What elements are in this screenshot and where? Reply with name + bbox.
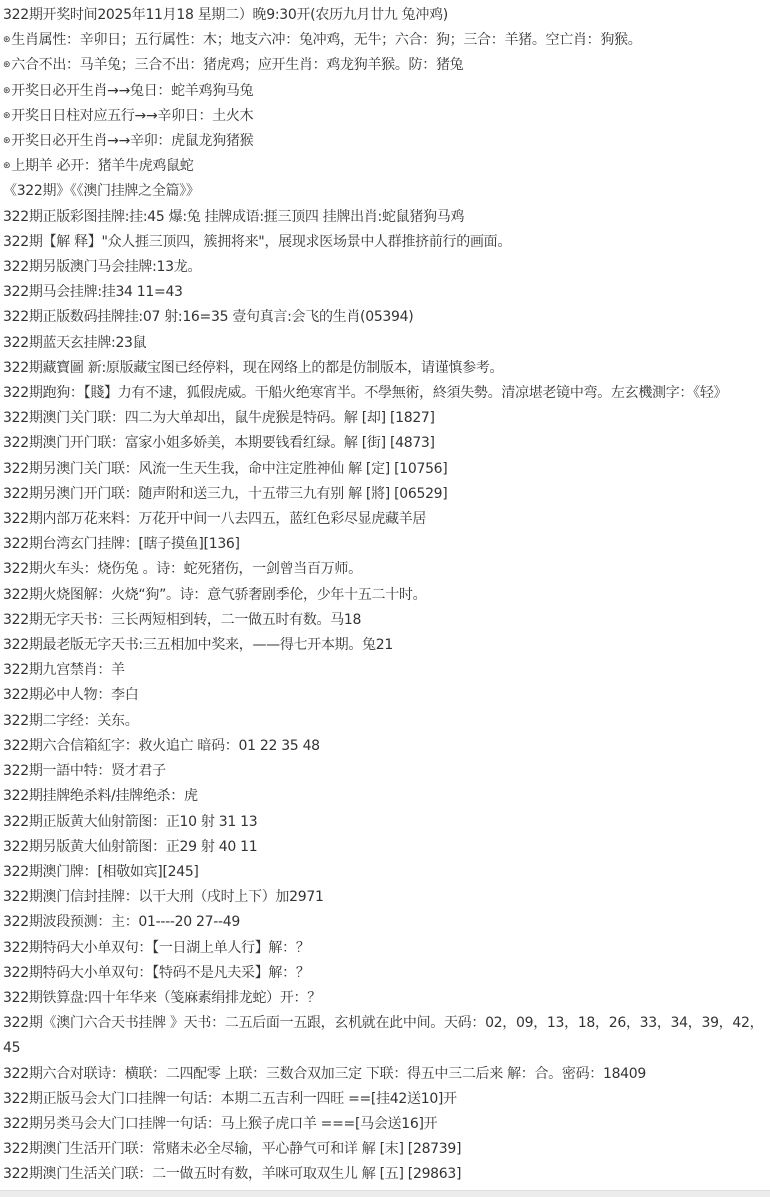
attribute-line: ⊛开奖日必开生肖→→辛卯：虎鼠龙狗猪猴 — [3, 129, 770, 154]
entry-line: 322期跑狗：【賤】力有不逮，狐假虎威。干船火绝寒宵半。不學無術，終須失勢。清凉… — [3, 381, 770, 406]
entry-line: 322期另澳门关门联：风流一生天生我，命中注定胜神仙 解 [定] [10756] — [3, 457, 770, 482]
entry-line: 322期澳门生活关门联：二一做五时有数，羊咪可取双生儿 解 [五] [29863… — [3, 1162, 770, 1187]
entry-line: 322期内部万花来料：万花开中间一八去四五，蓝红色彩尽显虎藏羊居 — [3, 507, 770, 532]
bullet-icon: ⊛ — [3, 35, 10, 45]
attribute-line: ⊛六合不出：马羊兔；三合不出：猪虎鸡；应开生肖：鸡龙狗羊猴。防：猪兔 — [3, 53, 770, 78]
entry-line: 322期澳门开门联：富家小姐多娇美，本期要钱看红绿。解 [街] [4873] — [3, 431, 770, 456]
entry-line: 322期正版数码挂牌挂:07 射:16=35 壹句真言:会飞的生肖(05394) — [3, 305, 770, 330]
attribute-line: ⊛上期羊 必开：猪羊牛虎鸡鼠蛇 — [3, 154, 770, 179]
entry-line: 322期正版彩图挂牌:挂:45 爆:兔 挂牌成语:捱三顶四 挂牌出肖:蛇鼠猪狗马… — [3, 205, 770, 230]
entry-line: 322期六合对联诗：横联：二四配零 上联：三数合双加三定 下联：得五中三二后来 … — [3, 1062, 770, 1087]
entry-line: 322期另版黄大仙射箭图：正29 射 40 11 — [3, 835, 770, 860]
entry-line: 322期澳门信封挂牌：以干大刑（戌时上下）加2971 — [3, 885, 770, 910]
entry-line: 322期二字经：关东。 — [3, 709, 770, 734]
entry-line: 322期马会挂牌:挂34 11=43 — [3, 280, 770, 305]
entry-line: 322期【解 释】"众人捱三顶四，簇拥将来"，展现求医场景中人群推挤前行的画面。 — [3, 230, 770, 255]
entry-line: 322期正版黄大仙射箭图：正10 射 31 13 — [3, 810, 770, 835]
entry-line: 322期六合信箱紅字：救火追亡 暗码：01 22 35 48 — [3, 734, 770, 759]
entry-line: 322期藏寶圖 新:原版藏宝图已经停料，现在网络上的都是仿制版本，请谨慎参考。 — [3, 356, 770, 381]
entry-line: 322期澳门牌：[相敬如宾][245] — [3, 860, 770, 885]
section-title: 《322期》《《澳门挂牌之全篇》》 — [3, 179, 770, 204]
entry-line: 322期一語中特：贤才君子 — [3, 759, 770, 784]
attribute-line: ⊛开奖日必开生肖→→兔日：蛇羊鸡狗马兔 — [3, 79, 770, 104]
entry-line: 322期正版马会大门口挂牌一句话：本期二五吉利一四旺 ==[挂42送10]开 — [3, 1087, 770, 1112]
entry-line: 322期另类马会大门口挂牌一句话：马上猴子虎口羊 ===[马会送16]开 — [3, 1112, 770, 1137]
entry-line: 322期澳门生活开门联：常赌未必全尽输，平心静气可和详 解 [末] [28739… — [3, 1137, 770, 1162]
bullet-icon: ⊛ — [3, 136, 10, 146]
attribute-line: ⊛开奖日日柱对应五行→→辛卯日：土火木 — [3, 104, 770, 129]
entry-line: 322期无字天书：三长两短相到转，二一做五时有数。马18 — [3, 608, 770, 633]
draw-time-header: 322期开奖时间2025年11月18 星期二）晚9:30开(农历九月廿九 兔冲鸡… — [3, 3, 770, 28]
entry-line: 322期台湾玄门挂牌：[瞎子摸鱼][136] — [3, 532, 770, 557]
entry-line: 322期最老版无字天书:三五相加中奖来，——得七开本期。兔21 — [3, 633, 770, 658]
entry-line: 322期蓝天玄挂牌:23鼠 — [3, 331, 770, 356]
entry-line: 322期必中人物：李白 — [3, 683, 770, 708]
entry-line: 322期特码大小单双句：【一日湖上单人行】解：？ — [3, 936, 770, 961]
bullet-icon: ⊛ — [3, 60, 10, 70]
entry-line: 322期火烧图解：火烧“狗”。诗：意气骄奢剧季伦，少年十五二十时。 — [3, 583, 770, 608]
tianshu-entry: 322期《澳门六合天书挂牌 》天书：二五后面一五跟，玄机就在此中间。天码：02，… — [3, 1011, 770, 1061]
entry-line: 322期澳门关门联：四二为大单却出，鼠牛虎猴是特码。解 [却] [1827] — [3, 406, 770, 431]
entry-line: 322期另澳门开门联：随声附和送三九，十五带三九有别 解 [將] [06529] — [3, 482, 770, 507]
entry-line: 322期挂牌绝杀料/挂牌绝杀：虎 — [3, 784, 770, 809]
bullet-icon: ⊛ — [3, 111, 10, 121]
horizontal-scrollbar[interactable] — [0, 1190, 770, 1197]
attribute-line: ⊛生肖属性：辛卯日；五行属性：木；地支六冲：兔冲鸡，无牛；六合：狗；三合：羊猪。… — [3, 28, 770, 53]
bullet-icon: ⊛ — [3, 161, 10, 171]
entry-line: 322期火车头：烧伤兔 。诗：蛇死猪伤，一剑曾当百万师。 — [3, 557, 770, 582]
forecast-article: 322期开奖时间2025年11月18 星期二）晚9:30开(农历九月廿九 兔冲鸡… — [0, 0, 770, 1188]
entry-line: 322期特码大小单双句：【特码不是凡夫采】解：？ — [3, 961, 770, 986]
entry-line: 322期铁算盘:四十年华来（笺麻素绢排龙蛇）开：？ — [3, 986, 770, 1011]
entry-line: 322期九宫禁肖：羊 — [3, 658, 770, 683]
bullet-icon: ⊛ — [3, 86, 10, 96]
entry-line: 322期另版澳门马会挂牌:13龙。 — [3, 255, 770, 280]
entry-line: 322期波段预测：主：01----20 27--49 — [3, 910, 770, 935]
